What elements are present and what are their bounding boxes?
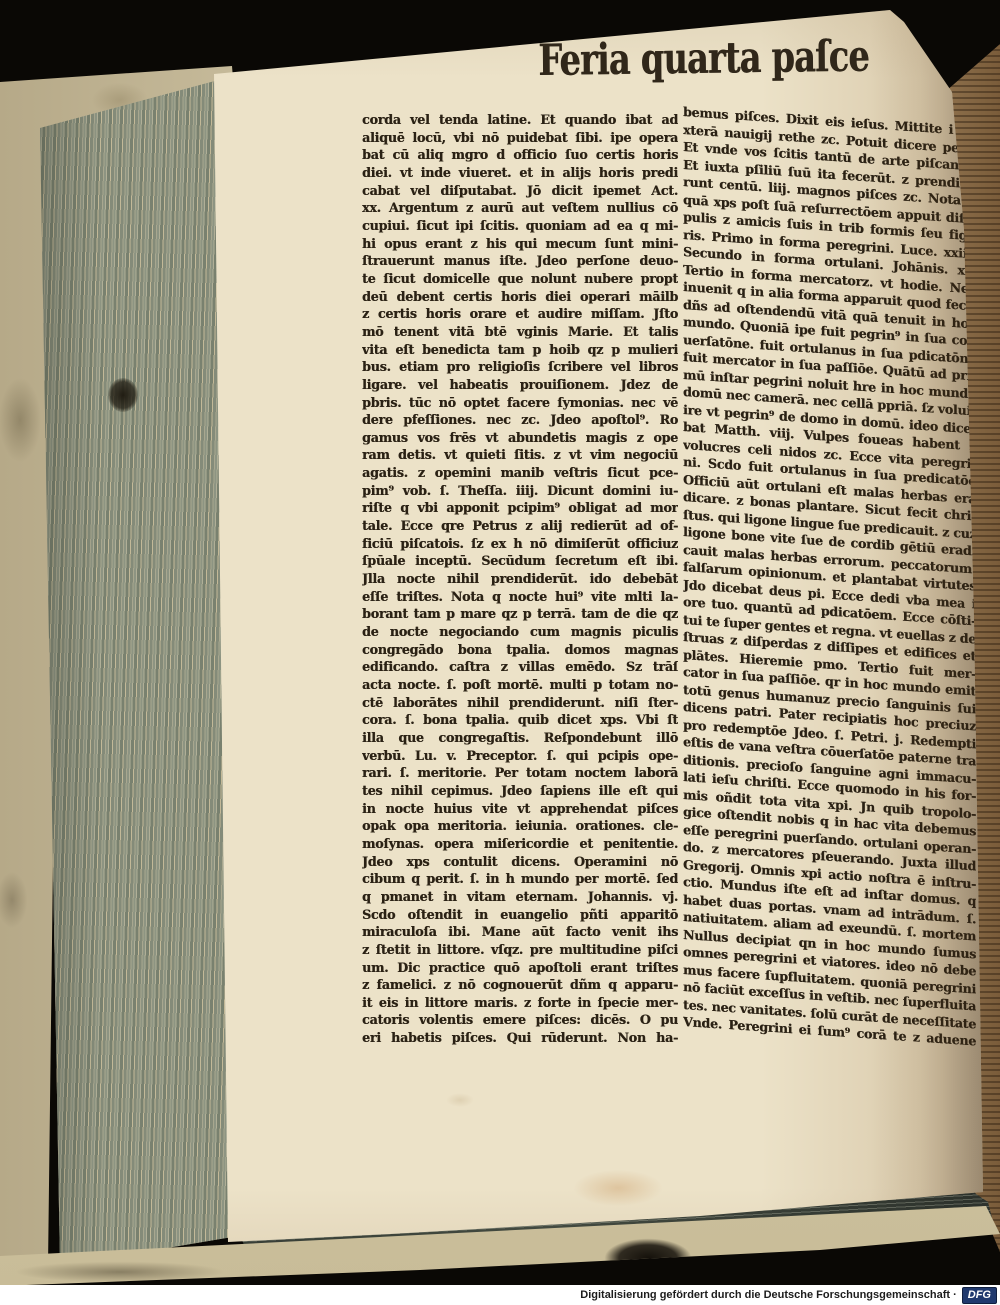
text-line: xx. Argentum z aurū aut veſtem nullius c…	[362, 199, 678, 217]
text-line: pbris. tūc nō optet facere ſymonias. nec…	[362, 394, 678, 412]
text-line: ram detis. vt quieti ſitis. z vt vim neg…	[362, 446, 678, 464]
text-line: borant tam p mare qz p terrā. tam de die…	[362, 605, 678, 623]
text-line: cibum q perit. ſ. in h mundo per mortē. …	[362, 870, 678, 888]
text-line: ligare. vel habeatis prouiſionem. Jdez d…	[362, 376, 678, 394]
text-line: ſtrauerunt manus iſte. Jdeo perſone deuo…	[362, 252, 678, 270]
text-line: rari. ſ. meritorie. Per totam noctem lab…	[362, 764, 678, 782]
text-line: q pmanet in vitam eternam. Johannis. vj.	[362, 888, 678, 906]
text-line: it eis in littore maris. z forte in ſpec…	[362, 994, 678, 1012]
text-line: Jlla nocte nihil prendiderūt. ido debebā…	[362, 570, 678, 588]
text-line: eſſe triſtes. Nota q nocte hui⁹ vite mlt…	[362, 588, 678, 606]
text-line: in nocte huius vite vt apprehendat piſce…	[362, 800, 678, 818]
page-heading: Feria quarta paſce	[538, 32, 869, 86]
text-line: deū debent certis horis diei operari māi…	[362, 288, 678, 306]
text-column-left: corda vel tenda latine. Et quando ibat a…	[362, 111, 678, 1047]
text-line: aliquē locū, vbi nō puidebat ſibi. ipe o…	[362, 129, 678, 147]
text-line: agatis. z opemini manib veſtris ſicut pc…	[362, 464, 678, 482]
text-line: gamus vos frēs vt abundetis magis z ope	[362, 429, 678, 447]
text-line: cabat vel diſputabat. Jō dicit ipemet Ac…	[362, 182, 678, 200]
text-line: moſynas. opera miſericordie et penitenti…	[362, 835, 678, 853]
text-line: illa que congregaſtis. Reſpondebunt illō	[362, 729, 678, 747]
text-line: tale. Ecce qre Petrus z alij redierūt ad…	[362, 517, 678, 535]
text-line: acta nocte. ſ. poſt mortē. multi p totam…	[362, 676, 678, 694]
digitization-credit-bar: Digitalisierung gefördert durch die Deut…	[0, 1285, 1000, 1305]
text-line: congregādo bona tpalia. domos magnas	[362, 641, 678, 659]
text-line: diei. vt inde viueret. et in alijs horis…	[362, 164, 678, 182]
text-line: bat cū aliq mgro d officio ſuo certis ho…	[362, 146, 678, 164]
text-line: cupiui. ſicut ipi ſcitis. quoniam ad ea …	[362, 217, 678, 235]
text-line: ſpūale inceptū. Secūdum ſecretum eſt ibi…	[362, 552, 678, 570]
text-line: z certis horis orare et audire miſſam. J…	[362, 305, 678, 323]
credit-text: Digitalisierung gefördert durch die Deut…	[580, 1289, 957, 1301]
text-line: Jdeo xps contulit dicens. Operamini nō	[362, 853, 678, 871]
text-line: de nocte negociando cum magnis piculis	[362, 623, 678, 641]
book-scan: Feria quarta paſce corda vel tenda latin…	[0, 0, 1000, 1305]
text-line: catoris volentis emere piſces: dicēs. O …	[362, 1011, 678, 1029]
text-line: riſte q vbi apponit pcipim⁹ obligat ad m…	[362, 499, 678, 517]
text-line: Scdo oſtendit in euangelio pñti apparitō	[362, 906, 678, 924]
dfg-logo: DFG	[962, 1287, 997, 1304]
text-line: z famelici. z nō cognouerūt dñm q apparu…	[362, 976, 678, 994]
text-line: te ſicut domicelle que nolunt nubere pro…	[362, 270, 678, 288]
text-line: miraculoſa ibi. Mane aūt facto venit ihs	[362, 923, 678, 941]
text-line: hi opus erant z his qui mecum ſunt mini-	[362, 235, 678, 253]
text-line: opak opa meritoria. ieiunia. orationes. …	[362, 817, 678, 835]
text-line: bus. etiam pro religioſis ſcribere vel l…	[362, 358, 678, 376]
text-line: mō tenent vitā btē vginis Marie. Et tali…	[362, 323, 678, 341]
text-line: vita eſt benedicta tam p hoib qz p mulie…	[362, 341, 678, 359]
text-line: dere pfeſſiones. nec zc. Jdeo apoſtol⁹. …	[362, 411, 678, 429]
text-line: ctē laborātes nihil prendiderunt. niſi ſ…	[362, 694, 678, 712]
text-line: z ſtetit in littore. vſqz. pre multitudi…	[362, 941, 678, 959]
text-line: edificando. caſtra z villas emēdo. Sz tr…	[362, 658, 678, 676]
text-line: corda vel tenda latine. Et quando ibat a…	[362, 111, 678, 129]
text-line: eri habetis piſces. Qui rūderunt. Non ha…	[362, 1029, 678, 1047]
text-line: tes nihil cepimus. Jdeo ſapiens ille eſt…	[362, 782, 678, 800]
fore-edge-stain	[108, 378, 138, 412]
text-line: verbū. Lu. v. Preceptor. ſ. qui pcipis o…	[362, 747, 678, 765]
text-line: pim⁹ vob. ſ. Theſſa. iiij. Dicunt domini…	[362, 482, 678, 500]
text-line: ficiū piſcatois. ſz ex h nō dimiſerūt of…	[362, 535, 678, 553]
text-line: cora. ſ. bona tpalia. quib dicet xps. Vb…	[362, 711, 678, 729]
text-line: um. Dic practice quō apoſtoli erant triſ…	[362, 959, 678, 977]
